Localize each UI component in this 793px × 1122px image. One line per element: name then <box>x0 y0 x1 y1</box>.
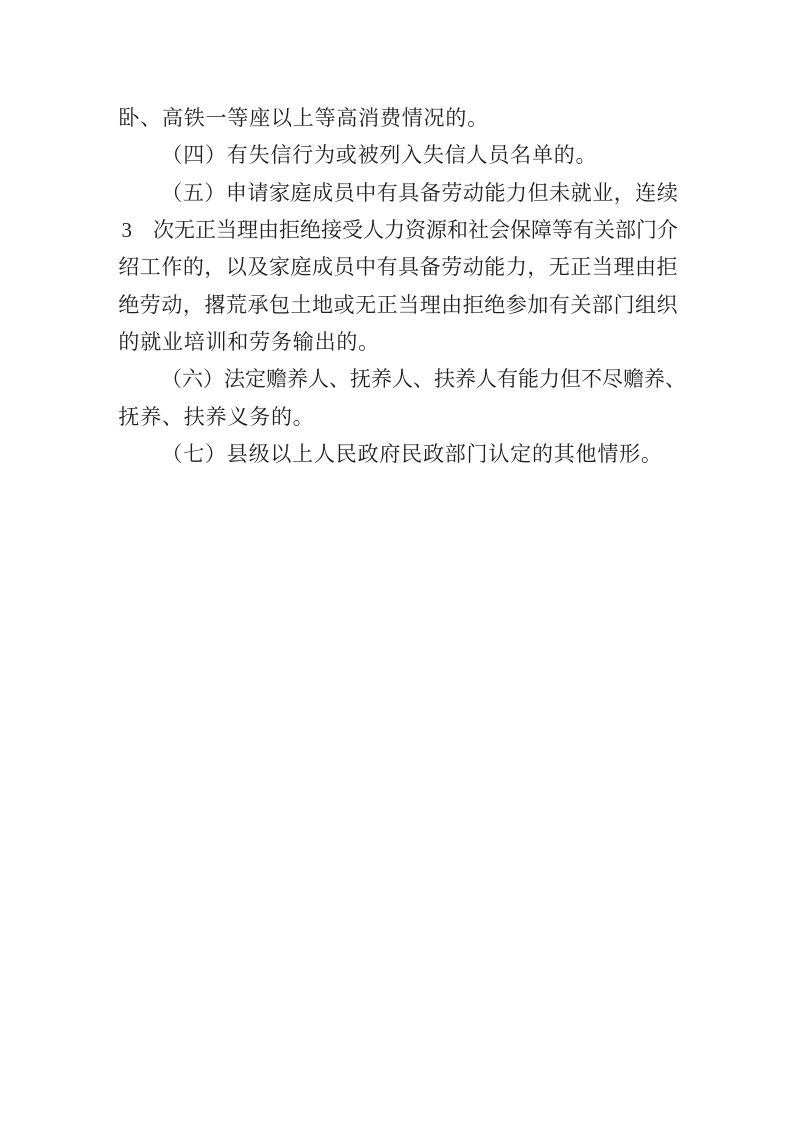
document-text-block: 卧、高铁一等座以上等高消费情况的。 （四）有失信行为或被列入失信人员名单的。 （… <box>118 100 678 473</box>
document-page: 卧、高铁一等座以上等高消费情况的。 （四）有失信行为或被列入失信人员名单的。 （… <box>0 0 793 1122</box>
document-line-10: （七）县级以上人民政府民政部门认定的其他情形。 <box>161 436 662 473</box>
document-line-2: （四）有失信行为或被列入失信人员名单的。 <box>161 137 597 174</box>
document-line-4: 3 次无正当理由拒绝接受人力资源和社会保障等有关部门介 <box>118 212 678 249</box>
document-line-6: 绝劳动，撂荒承包土地或无正当理由拒绝参加有关部门组织 <box>118 287 678 324</box>
document-line-5: 绍工作的，以及家庭成员中有具备劳动能力，无正当理由拒 <box>118 249 678 286</box>
document-line-8: （六）法定赡养人、抚养人、扶养人有能力但不尽赡养、 <box>161 361 678 398</box>
document-line-3: （五）申请家庭成员中有具备劳动能力但未就业，连续 <box>161 175 678 212</box>
document-line-7: 的就业培训和劳务输出的。 <box>118 324 380 361</box>
document-line-9: 抚养、扶养义务的。 <box>118 399 314 436</box>
document-line-1: 卧、高铁一等座以上等高消费情况的。 <box>118 100 489 137</box>
